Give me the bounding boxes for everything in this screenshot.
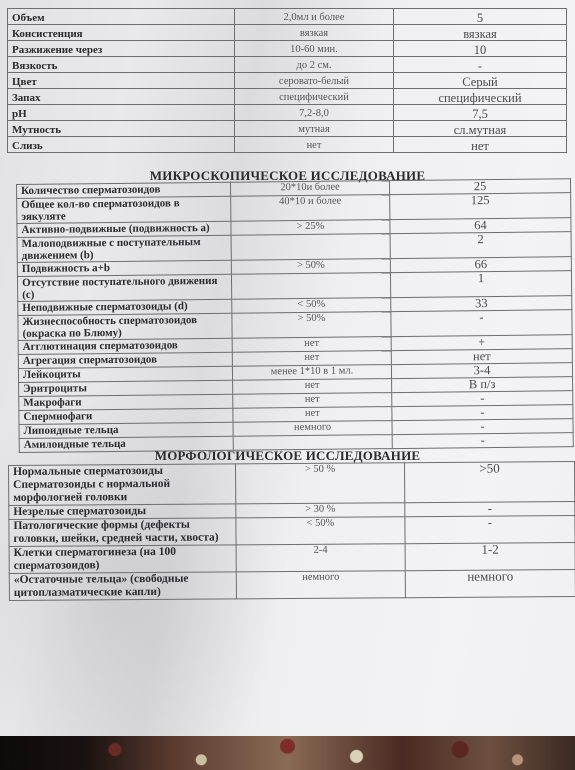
parameter-cell: pH [8, 105, 235, 121]
norm-cell: немного [236, 571, 405, 599]
result-cell: 10 [394, 41, 567, 57]
result-cell: специфический [394, 89, 567, 105]
table-row: Запахспецифическийспецифический [8, 89, 567, 105]
result-cell: 5 [394, 9, 567, 25]
result-cell: 7,5 [394, 105, 567, 121]
table-row: Консистенциявязкаявязкая [8, 25, 567, 41]
result-cell: - [394, 57, 567, 73]
table-row: Разжижение через10-60 мин.10 [8, 41, 567, 57]
microscopic-table: Количество сперматозоидов20*10и более25О… [16, 178, 574, 453]
norm-cell: нет [235, 137, 394, 153]
norm-cell: 2-4 [236, 544, 405, 572]
norm-cell: специфический [235, 89, 394, 105]
parameter-cell: Вязкость [8, 57, 235, 73]
result-cell: - [391, 310, 572, 337]
table-row: Объем2,0мл и более5 [8, 9, 567, 25]
lab-report-sheet: Объем2,0мл и более5Консистенциявязкаявяз… [0, 0, 575, 741]
fabric-background [0, 736, 575, 770]
norm-cell: 40*10 и более [231, 195, 390, 222]
norm-cell: > 50% [232, 312, 391, 339]
norm-cell: до 2 см. [235, 57, 394, 73]
parameter-cell: Клетки сперматогинеза (на 100 сперматозо… [9, 545, 236, 574]
parameter-cell: Консистенция [8, 25, 235, 41]
norm-cell: 7,2-8,0 [235, 105, 394, 121]
norm-cell: > 30 % [236, 503, 405, 518]
parameter-cell: Патологические формы (дефекты головки, ш… [9, 518, 236, 547]
result-cell: - [405, 516, 575, 544]
result-cell: Серый [394, 73, 567, 89]
parameter-cell: Жизнеспособность сперматозоидов (окраска… [18, 313, 232, 340]
parameter-cell: «Остаточные тельца» (свободные цитоплазм… [9, 572, 236, 601]
table-row: Цветсеровато-белыйСерый [8, 73, 567, 89]
parameter-cell: Малоподвижные с поступательным движением… [17, 235, 231, 262]
norm-cell: мутная [235, 121, 394, 137]
parameter-cell: Общее кол-во сперматозоидов в эякуляте [17, 196, 231, 223]
parameter-cell: Мутность [8, 121, 235, 137]
norm-cell [231, 273, 390, 300]
result-cell: вязкая [394, 25, 567, 41]
norm-cell: 10-60 мин. [235, 41, 394, 57]
result-cell: 2 [390, 232, 571, 259]
result-cell: 1-2 [405, 543, 575, 571]
parameter-cell: Нормальные сперматозоиды Сперматозоиды с… [9, 464, 236, 506]
norm-cell: < 50% [236, 517, 405, 545]
table-row: «Остаточные тельца» (свободные цитоплазм… [9, 570, 575, 601]
table-row: Слизьнетнет [8, 137, 567, 153]
result-cell: >50 [404, 462, 574, 503]
result-cell: - [392, 433, 573, 449]
parameter-cell: Запах [8, 89, 235, 105]
result-cell: сл.мутная [394, 121, 567, 137]
parameter-cell: Разжижение через [8, 41, 235, 57]
table-row: Нормальные сперматозоиды Сперматозоиды с… [9, 462, 575, 506]
table-row: Мутностьмутнаясл.мутная [8, 121, 567, 137]
morphological-table: Нормальные сперматозоиды Сперматозоиды с… [8, 461, 575, 601]
norm-cell: серовато-белый [235, 73, 394, 89]
norm-cell [231, 234, 390, 261]
result-cell: 125 [390, 193, 571, 220]
norm-cell: 2,0мл и более [235, 9, 394, 25]
result-cell: 1 [390, 271, 571, 298]
result-cell: нет [394, 137, 567, 153]
norm-cell: вязкая [235, 25, 394, 41]
result-cell: немного [405, 570, 575, 598]
table-row: Вязкостьдо 2 см.- [8, 57, 567, 73]
table-row: pH7,2-8,07,5 [8, 105, 567, 121]
norm-cell: > 50 % [235, 463, 404, 504]
macroscopic-table: Объем2,0мл и более5Консистенциявязкаявяз… [7, 8, 567, 153]
parameter-cell: Объем [8, 9, 235, 25]
parameter-cell: Цвет [8, 73, 235, 89]
parameter-cell: Отсутствие поступательного движения (c) [17, 274, 231, 301]
parameter-cell: Слизь [8, 137, 235, 153]
